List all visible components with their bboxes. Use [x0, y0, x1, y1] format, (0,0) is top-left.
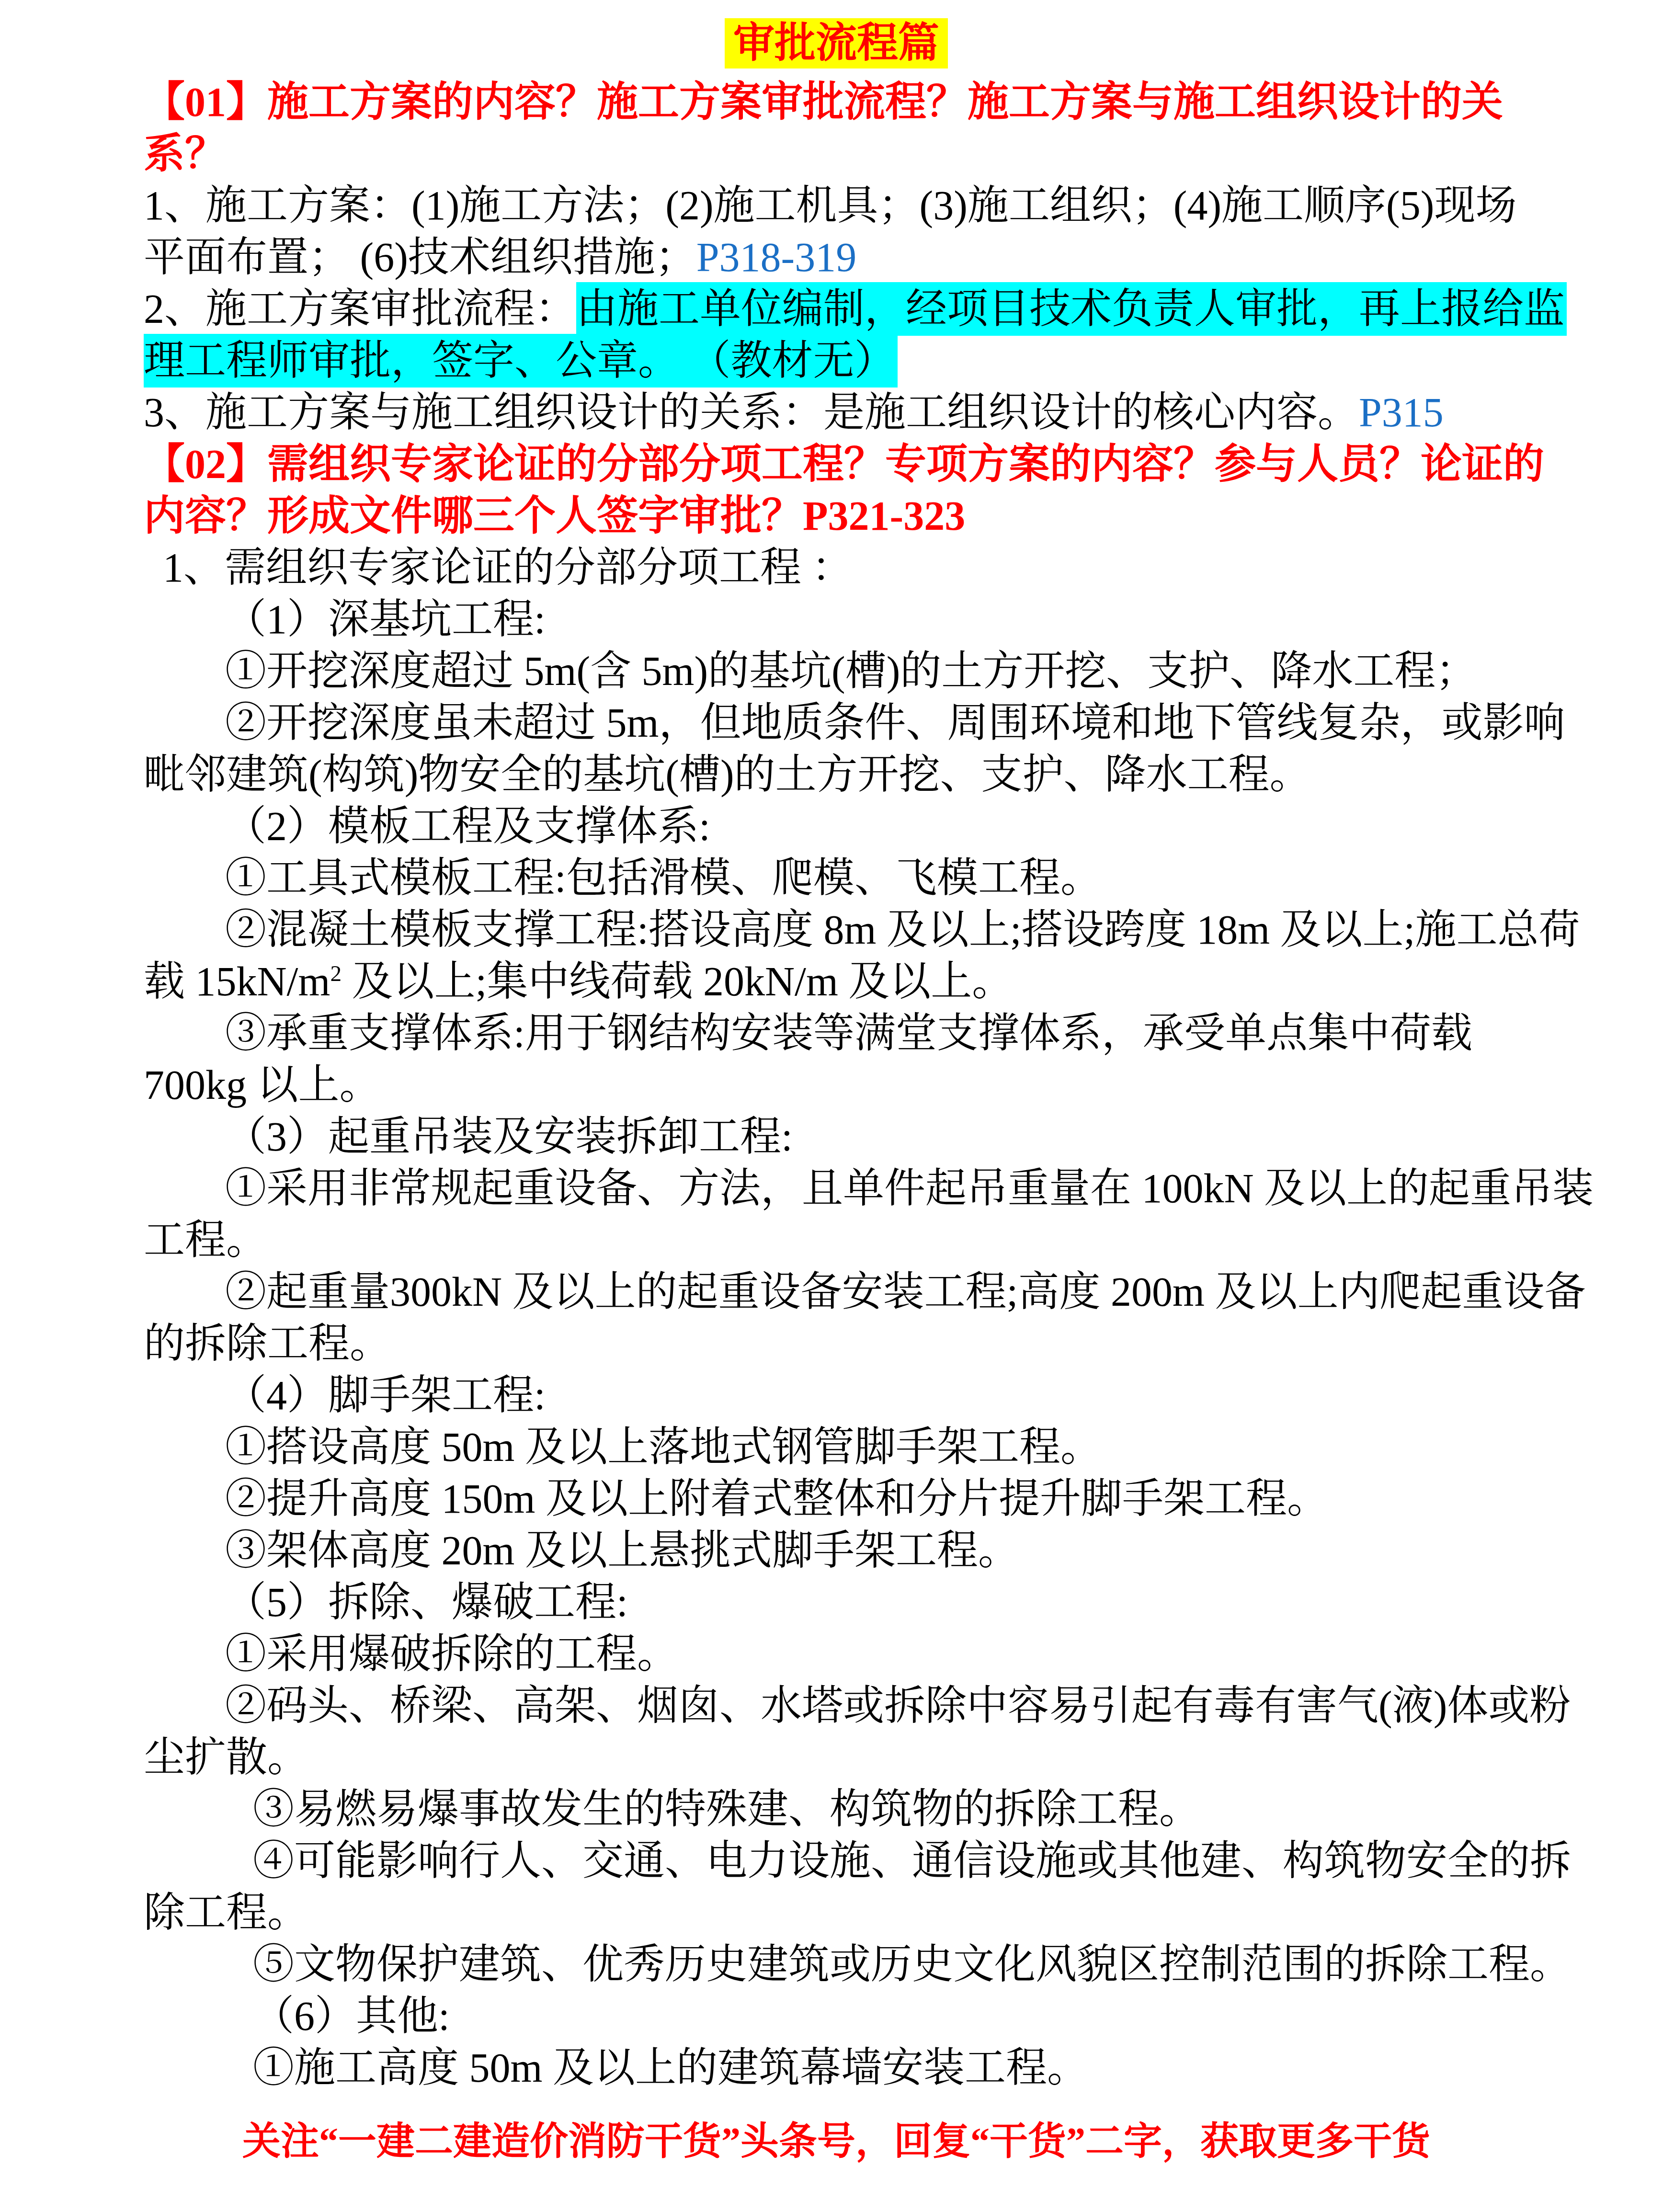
text-run: 700kg 以上。	[144, 1062, 381, 1108]
text-line: 3、施工方案与施工组织设计的关系：是施工组织设计的核心内容。P315	[144, 387, 1529, 438]
text-run: ①开挖深度超过 5m(含 5m)的基坑(槽)的土方开挖、支护、降水工程；	[225, 648, 1477, 694]
text-line: ②提升高度 150m 及以上附着式整体和分片提升脚手架工程。	[144, 1473, 1529, 1525]
text-line: ③架体高度 20m 及以上悬挑式脚手架工程。	[144, 1525, 1529, 1576]
text-run: ⑤文物保护建筑、优秀历史建筑或历史文化风貌区控制范围的拆除工程。	[253, 1941, 1571, 1987]
text-run: 1、需组织专家论证的分部分项工程 ：	[163, 545, 853, 591]
text-line: 毗邻建筑(构筑)物安全的基坑(槽)的土方开挖、支护、降水工程。	[144, 749, 1529, 800]
text-run: （5）拆除、爆破工程:	[225, 1579, 628, 1625]
text-line: 尘扩散。	[144, 1732, 1529, 1783]
text-line: 除工程。	[144, 1887, 1529, 1938]
text-run: ①采用爆破拆除的工程。	[225, 1631, 678, 1677]
text-run: 系？	[144, 131, 226, 177]
text-run: 毗邻建筑(构筑)物安全的基坑(槽)的土方开挖、支护、降水工程。	[144, 752, 1311, 798]
page-title: 审批流程篇	[725, 18, 948, 68]
text-run: 【01】施工方案的内容？施工方案审批流程？施工方案与施工组织设计的关	[144, 79, 1503, 125]
text-line: 载 15kN/m2 及以上;集中线荷载 20kN/m 及以上。	[144, 956, 1529, 1007]
text-line: ①工具式模板工程:包括滑模、爬模、飞模工程。	[144, 852, 1529, 904]
text-line: 理工程师审批，签字、公章。 （教材无）	[144, 335, 1529, 387]
text-run: 理工程师审批，签字、公章。 （教材无）	[144, 334, 898, 388]
text-run: （2）模板工程及支撑体系:	[225, 803, 710, 849]
text-line: 1、需组织专家论证的分部分项工程 ：	[144, 542, 1529, 593]
text-line: ①开挖深度超过 5m(含 5m)的基坑(槽)的土方开挖、支护、降水工程；	[144, 645, 1529, 697]
text-run: ③易燃易爆事故发生的特殊建、构筑物的拆除工程。	[253, 1786, 1200, 1832]
text-line: 系？	[144, 128, 1529, 180]
footer-note: 关注“一建二建造价消防干货”头条号，回复“干货”二字，获取更多干货	[144, 2119, 1529, 2165]
text-run: 及以上;集中线荷载 20kN/m 及以上。	[342, 958, 1013, 1004]
text-run: ②码头、桥梁、高架、烟囱、水塔或拆除中容易引起有毒有害气(液)体或粉	[225, 1683, 1571, 1729]
text-line: ④可能影响行人、交通、电力设施、通信设施或其他建、构筑物安全的拆	[144, 1835, 1529, 1887]
text-line: ③易燃易爆事故发生的特殊建、构筑物的拆除工程。	[144, 1783, 1529, 1835]
text-line: 【01】施工方案的内容？施工方案审批流程？施工方案与施工组织设计的关	[144, 76, 1529, 128]
text-run: 的拆除工程。	[144, 1321, 391, 1367]
text-line: ⑤文物保护建筑、优秀历史建筑或历史文化风貌区控制范围的拆除工程。	[144, 1938, 1529, 1990]
text-line: 1、施工方案：(1)施工方法；(2)施工机具；(3)施工组织；(4)施工顺序(5…	[144, 180, 1529, 231]
text-run: （3）起重吊装及安装拆卸工程:	[225, 1114, 793, 1160]
text-run: 3、施工方案与施工组织设计的关系：是施工组织设计的核心内容。	[144, 389, 1359, 435]
text-line: ①采用爆破拆除的工程。	[144, 1628, 1529, 1680]
text-run: （6）其他:	[253, 1993, 450, 2039]
text-run: 由施工单位编制，经项目技术负责人审批，再上报给监	[576, 282, 1567, 336]
text-run: 2	[330, 961, 342, 986]
page-title-wrap: 审批流程篇	[144, 18, 1529, 68]
text-run: ①工具式模板工程:包括滑模、爬模、飞模工程。	[225, 855, 1102, 901]
text-run: ①施工高度 50m 及以上的建筑幕墙安装工程。	[253, 2045, 1088, 2091]
text-line: ②开挖深度虽未超过 5m，但地质条件、周围环境和地下管线复杂，或影响	[144, 697, 1529, 749]
text-run: 载 15kN/m	[144, 958, 330, 1004]
text-run: ①采用非常规起重设备、方法，且单件起吊重量在 100kN 及以上的起重吊装	[225, 1165, 1594, 1211]
text-run: P315	[1359, 389, 1444, 435]
text-run: P318-319	[696, 234, 856, 280]
text-line: （6）其他:	[144, 1990, 1529, 2042]
text-run: 工程。	[144, 1217, 267, 1263]
text-line: ①搭设高度 50m 及以上落地式钢管脚手架工程。	[144, 1421, 1529, 1473]
text-run: ②提升高度 150m 及以上附着式整体和分片提升脚手架工程。	[225, 1476, 1328, 1522]
text-run: ④可能影响行人、交通、电力设施、通信设施或其他建、构筑物安全的拆	[253, 1838, 1571, 1884]
text-run: 【02】需组织专家论证的分部分项工程？专项方案的内容？参与人员？论证的	[144, 441, 1544, 487]
text-line: 平面布置； (6)技术组织措施；P318-319	[144, 231, 1529, 283]
text-line: 2、施工方案审批流程：由施工单位编制，经项目技术负责人审批，再上报给监	[144, 283, 1529, 335]
text-run: ②起重量300kN 及以上的起重设备安装工程;高度 200m 及以上内爬起重设备	[225, 1269, 1585, 1315]
text-line: 工程。	[144, 1214, 1529, 1266]
text-run: ②混凝土模板支撑工程:搭设高度 8m 及以上;搭设跨度 18m 及以上;施工总荷	[225, 907, 1580, 953]
text-line: （5）拆除、爆破工程:	[144, 1576, 1529, 1628]
text-run: 尘扩散。	[144, 1734, 308, 1780]
text-line: ①施工高度 50m 及以上的建筑幕墙安装工程。	[144, 2042, 1529, 2094]
text-line: 【02】需组织专家论证的分部分项工程？专项方案的内容？参与人员？论证的	[144, 438, 1529, 490]
text-run: ②开挖深度虽未超过 5m，但地质条件、周围环境和地下管线复杂，或影响	[225, 700, 1565, 746]
text-line: 700kg 以上。	[144, 1059, 1529, 1111]
text-line: ③承重支撑体系:用于钢结构安装等满堂支撑体系，承受单点集中荷载	[144, 1007, 1529, 1059]
text-run: ③架体高度 20m 及以上悬挑式脚手架工程。	[225, 1528, 1019, 1573]
text-run: （1）深基坑工程:	[225, 596, 546, 642]
text-run: ①搭设高度 50m 及以上落地式钢管脚手架工程。	[225, 1424, 1102, 1470]
text-line: （2）模板工程及支撑体系:	[144, 800, 1529, 852]
text-run: （4）脚手架工程:	[225, 1372, 546, 1418]
text-run: 内容？形成文件哪三个人签字审批？P321-323	[144, 493, 965, 539]
text-run: 2、施工方案审批流程：	[144, 286, 576, 332]
text-run: ③承重支撑体系:用于钢结构安装等满堂支撑体系，承受单点集中荷载	[225, 1010, 1472, 1056]
text-line: （4）脚手架工程:	[144, 1369, 1529, 1421]
text-run: 平面布置； (6)技术组织措施；	[144, 234, 696, 280]
text-line: ②起重量300kN 及以上的起重设备安装工程;高度 200m 及以上内爬起重设备	[144, 1266, 1529, 1318]
text-line: 的拆除工程。	[144, 1318, 1529, 1369]
text-run: 1、施工方案：(1)施工方法；(2)施工机具；(3)施工组织；(4)施工顺序(5…	[144, 182, 1516, 228]
document-lines: 【01】施工方案的内容？施工方案审批流程？施工方案与施工组织设计的关系？1、施工…	[144, 76, 1529, 2094]
text-line: ②混凝土模板支撑工程:搭设高度 8m 及以上;搭设跨度 18m 及以上;施工总荷	[144, 904, 1529, 956]
text-line: （1）深基坑工程:	[144, 593, 1529, 645]
text-line: ①采用非常规起重设备、方法，且单件起吊重量在 100kN 及以上的起重吊装	[144, 1163, 1529, 1214]
text-line: 内容？形成文件哪三个人签字审批？P321-323	[144, 490, 1529, 542]
document-page: 审批流程篇 【01】施工方案的内容？施工方案审批流程？施工方案与施工组织设计的关…	[0, 0, 1663, 2212]
text-line: （3）起重吊装及安装拆卸工程:	[144, 1111, 1529, 1163]
text-run: 除工程。	[144, 1890, 308, 1936]
text-line: ②码头、桥梁、高架、烟囱、水塔或拆除中容易引起有毒有害气(液)体或粉	[144, 1680, 1529, 1732]
